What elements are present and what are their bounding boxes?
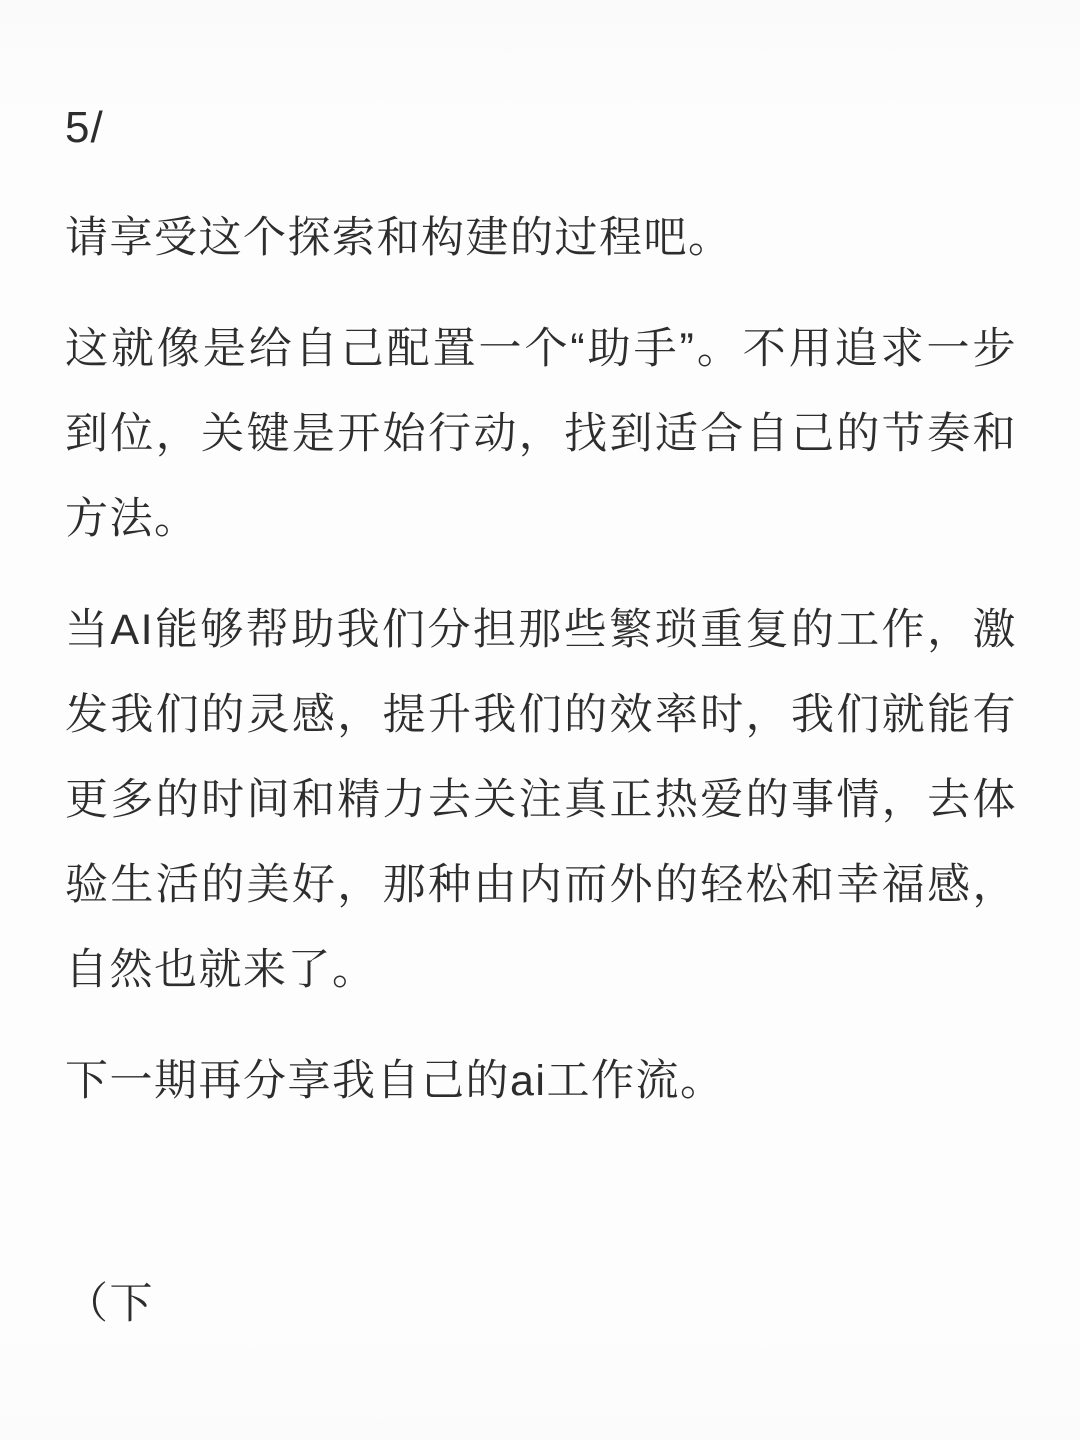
paragraph-enjoy-process: 请享受这个探索和构建的过程吧。 xyxy=(65,196,1017,281)
text-post-page: 5/ 请享受这个探索和构建的过程吧。 这就像是给自己配置一个“助手”。不用追求一… xyxy=(0,0,1080,1440)
page-number: 5/ xyxy=(65,85,1017,170)
paragraph-assistant-analogy: 这就像是给自己配置一个“助手”。不用追求一步到位，关键是开始行动，找到适合自己的… xyxy=(65,307,1017,562)
paragraph-next-episode: 下一期再分享我自己的ai工作流。 xyxy=(65,1039,1017,1124)
paragraph-ai-benefits: 当AI能够帮助我们分担那些繁琐重复的工作，激发我们的灵感，提升我们的效率时，我们… xyxy=(65,588,1017,1013)
footer-partial-text: （下 xyxy=(65,1262,1017,1347)
